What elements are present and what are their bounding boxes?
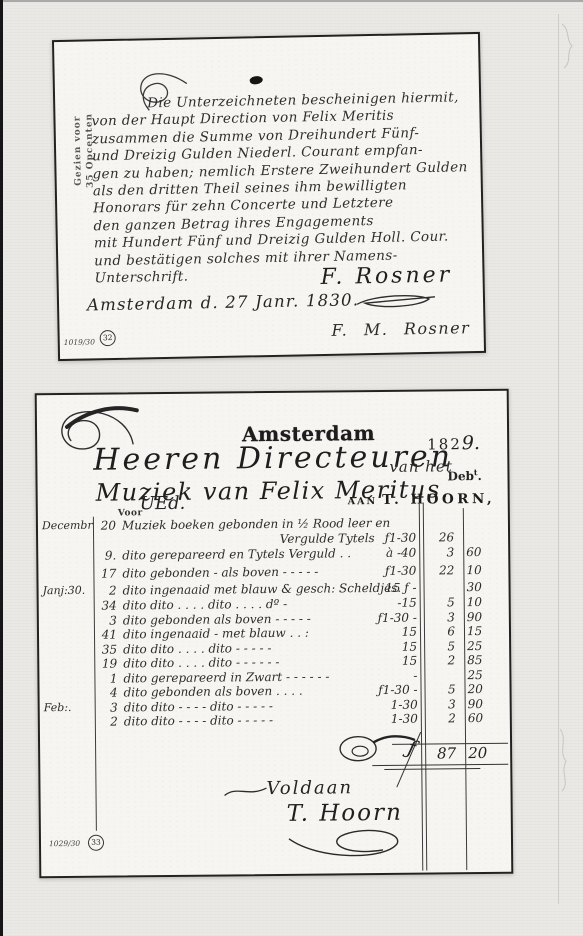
row-cents: 10 <box>467 595 495 609</box>
row-price: ƒ1-30 <box>385 531 417 545</box>
total-flourish <box>338 730 416 769</box>
row-cents: 85 <box>467 653 495 667</box>
row-cents: 20 <box>467 682 495 696</box>
row-date: Decembr <box>42 519 90 532</box>
row-cents: 25 <box>467 668 495 682</box>
invoice-row: 2dito dito - - - - dito - - - - -1-30260 <box>40 711 510 732</box>
hoorn-signature-flourish <box>283 826 405 863</box>
receipt-archive-number: 1019/30 <box>64 337 95 347</box>
scan-top-edge <box>0 0 583 2</box>
row-price: ƒ1-30 - <box>378 611 417 625</box>
row-cents: 25 <box>467 639 495 653</box>
invoice-creditor-line: AAN T. HOORN, <box>348 488 496 508</box>
total-cents: 20 <box>468 744 487 762</box>
signature-flourish <box>355 291 439 313</box>
invoice-addressee-suffix: van het <box>389 457 453 476</box>
row-price: à -40 <box>386 546 416 560</box>
invoice-debit-label: Debt. <box>447 467 481 483</box>
total-rule-bottom-1 <box>372 764 508 766</box>
ink-blot <box>249 75 263 85</box>
row-qty: 2 <box>94 715 118 729</box>
row-guilders: 2 <box>429 653 455 667</box>
row-cents: 90 <box>467 610 495 624</box>
row-desc: dito gerepareerd en Tytels Verguld . .à … <box>122 546 416 563</box>
row-date: Janj:30. <box>43 584 91 597</box>
row-price: ƒ1-30 - <box>378 683 417 697</box>
row-desc: dito ingenaaid - met blauw . . :15 <box>123 625 417 642</box>
invoice-row: 9.dito gerepareerd en Tytels Verguld . .… <box>38 545 508 566</box>
row-cents: 60 <box>466 545 494 559</box>
row-price: 15 <box>402 640 417 654</box>
row-qty: 35 <box>93 643 117 657</box>
invoice-document: Amsterdam 1829. Heeren Directeuren van h… <box>35 389 514 879</box>
row-price: 15 ƒ - <box>385 581 417 595</box>
row-cents: 60 <box>468 711 496 725</box>
row-guilders: 5 <box>429 639 455 653</box>
row-qty: 3 <box>94 701 118 715</box>
invoice-archive-number: 1029/30 <box>49 839 80 848</box>
signature-hoorn: T. Hoorn <box>287 800 403 827</box>
row-guilders: 5 <box>429 682 455 696</box>
row-qty: 20 <box>92 519 116 533</box>
row-desc: dito ingenaaid met blauw & gesch: Scheld… <box>123 581 417 598</box>
row-price: -15 <box>397 596 416 610</box>
row-price: 15 <box>402 625 417 639</box>
row-cents: 30 <box>466 580 494 594</box>
row-guilders: 26 <box>428 530 454 544</box>
row-guilders: 3 <box>428 545 454 559</box>
signature-fm-rosner: F. M. Rosner <box>331 318 470 340</box>
total-guilders: 87 <box>426 744 456 762</box>
row-qty: 19 <box>93 657 117 671</box>
row-cents: 90 <box>468 697 496 711</box>
signature-rosner: F. Rosner <box>320 263 452 291</box>
row-qty: 9. <box>92 549 116 563</box>
row-qty: 1 <box>93 672 117 686</box>
voldaan-flourish <box>222 783 268 799</box>
row-price: 15 <box>402 654 417 668</box>
debit-base: Deb <box>447 469 474 483</box>
row-qty: 17 <box>92 567 116 581</box>
row-desc: dito gebonden - als boven - - - - -ƒ1-30 <box>122 564 416 581</box>
row-guilders: 22 <box>428 563 454 577</box>
invoice-page-badge: 33 <box>88 835 104 851</box>
aan-label: AAN <box>348 496 378 507</box>
row-guilders: 3 <box>430 697 456 711</box>
receipt-document: Gezien voor 35 Opcenten Die Unterzeichne… <box>52 32 486 361</box>
row-date: Feb:. <box>44 701 92 714</box>
edge-marks-top <box>556 20 580 70</box>
row-qty: 34 <box>93 599 117 613</box>
row-price: - <box>413 669 417 683</box>
row-price: ƒ1-30 <box>385 564 417 578</box>
row-desc: dito dito - - - - dito - - - - -1-30 <box>124 712 418 729</box>
invoice-year-hand: 9. <box>462 432 480 454</box>
row-price: 1-30 <box>391 698 418 712</box>
row-guilders: 6 <box>429 624 455 638</box>
receipt-date-line: Amsterdam d. 27 Janr. 1830. <box>87 290 360 314</box>
row-desc-wrap: Vergulde Tytelsƒ1-30 <box>122 531 416 548</box>
receipt-page-badge: 32 <box>100 330 116 346</box>
row-price: 1-30 <box>391 712 418 726</box>
row-desc: dito dito . . . . dito - - - - - -15 <box>123 654 417 671</box>
row-cents: 15 <box>467 624 495 638</box>
row-desc: Muziek boeken gebonden in ½ Rood leer en <box>122 516 416 533</box>
invoice-rows: Decembr20Muziek boeken gebonden in ½ Roo… <box>37 391 507 396</box>
row-guilders: 3 <box>429 610 455 624</box>
debit-dot: . <box>478 469 482 483</box>
scan-left-edge <box>0 0 3 936</box>
edge-marks-bottom <box>552 725 578 795</box>
row-qty: 2 <box>93 584 117 598</box>
creditor-name: T. HOORN, <box>382 491 495 508</box>
row-guilders: 2 <box>430 711 456 725</box>
row-qty: 41 <box>93 628 117 642</box>
row-qty: 4 <box>93 686 117 700</box>
scanned-page: Gezien voor 35 Opcenten Die Unterzeichne… <box>0 0 583 936</box>
voor-hand: UEd. <box>140 493 186 514</box>
row-guilders: 5 <box>429 595 455 609</box>
row-desc: dito gebonden als boven . . . .ƒ1-30 - <box>123 683 417 700</box>
row-cents: 10 <box>466 563 494 577</box>
row-desc: dito dito . . . . dito . . . . dº --15 <box>123 596 417 613</box>
row-qty: 3 <box>93 614 117 628</box>
receipt-body: Die Unterzeichneten bescheinigen hiermit… <box>91 89 477 288</box>
paid-note: Voldaan <box>266 777 353 799</box>
